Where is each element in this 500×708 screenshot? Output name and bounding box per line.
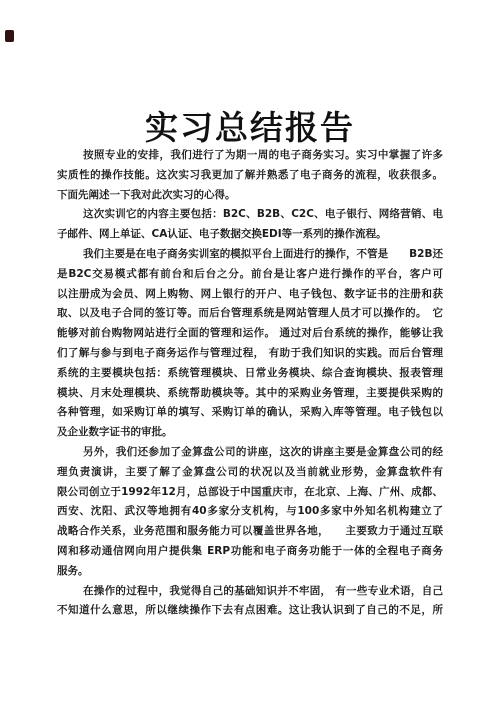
text-line: 子邮件、网上单证、CA认证、电子数据交换EDI等一系列的操作流程。 [57,225,443,245]
text-line: 取、以及电子合同的签订等。而后台管理系统是网站管理人员才可以操作的。 它 [57,304,443,324]
text-line: 另外，我们还参加了金算盘公司的讲座，这次的讲座主要是金算盘公司的经 [57,443,443,463]
text-line: 是B2C交易模式都有前台和后台之分。前台是让客户进行操作的平台，客户可 [57,265,443,285]
text-line: 西安、沈阳、武汉等地拥有40多家分支机构，与100多家中外知名机构建立了 [57,502,443,522]
text-line: 模块、月末处理模块、系统帮助模块等。其中的采购业务管理，主要提供采购的 [57,384,443,404]
text-line: 限公司创立于1992年12月，总部设于中国重庆市，在北京、上海、广州、成都、 [57,483,443,503]
text-line: 们了解与参与到电子商务运作与管理过程， 有助于我们知识的实践。而后台管理 [57,344,443,364]
text-line: 以注册成为会员、网上购物、网上银行的开户、电子钱包、数字证书的注册和获 [57,285,443,305]
text-line: 及企业数字证书的审批。 [57,423,443,443]
text-line: 这次实训它的内容主要包括：B2C、B2B、C2C、电子银行、网络营销、电 [57,205,443,225]
text-line: 网和移动通信网向用户提供集 ERP功能和电子商务功能于一体的全程电子商务 [57,542,443,562]
text-line: 我们主要是在电子商务实训室的模拟平台上面进行的操作，不管是 B2B还 [57,245,443,265]
text-line: 按照专业的安排，我们进行了为期一周的电子商务实习。实习中掌握了许多 [57,146,443,166]
text-line: 理负责演讲，主要了解了金算盘公司的状况以及当前就业形势，金算盘软件有 [57,463,443,483]
text-line: 不知道什么意思，所以继续操作下去有点困难。这让我认识到了自己的不足，所 [57,601,443,621]
text-line: 战略合作关系，业务范围和服务能力可以覆盖世界各地， 主要致力于通过互联 [57,522,443,542]
text-line: 在操作的过程中，我觉得自己的基础知识并不牢固， 有一些专业术语，自己 [57,582,443,602]
text-line: 下面先阐述一下我对此次实习的心得。 [57,186,443,206]
text-line: 能够对前台购物网站进行全面的管理和运作。 通过对后台系统的操作，能够让我 [57,324,443,344]
text-line: 系统的主要模块包括：系统管理模块、日常业务模块、综合查询模块、报表管理 [57,364,443,384]
document-title: 实习总结报告 [0,110,500,146]
text-line: 各种管理，如采购订单的填写、采购订单的确认，采购入库等管理。电子钱包以 [57,403,443,423]
text-line: 服务。 [57,562,443,582]
document-page: 实习总结报告 按照专业的安排，我们进行了为期一周的电子商务实习。实习中掌握了许多… [0,0,500,708]
corner-mark [5,30,14,42]
text-line: 实质性的操作技能。这次实习我更加了解并熟悉了电子商务的流程，收获很多。 [57,166,443,186]
document-body: 按照专业的安排，我们进行了为期一周的电子商务实习。实习中掌握了许多实质性的操作技… [57,146,443,621]
